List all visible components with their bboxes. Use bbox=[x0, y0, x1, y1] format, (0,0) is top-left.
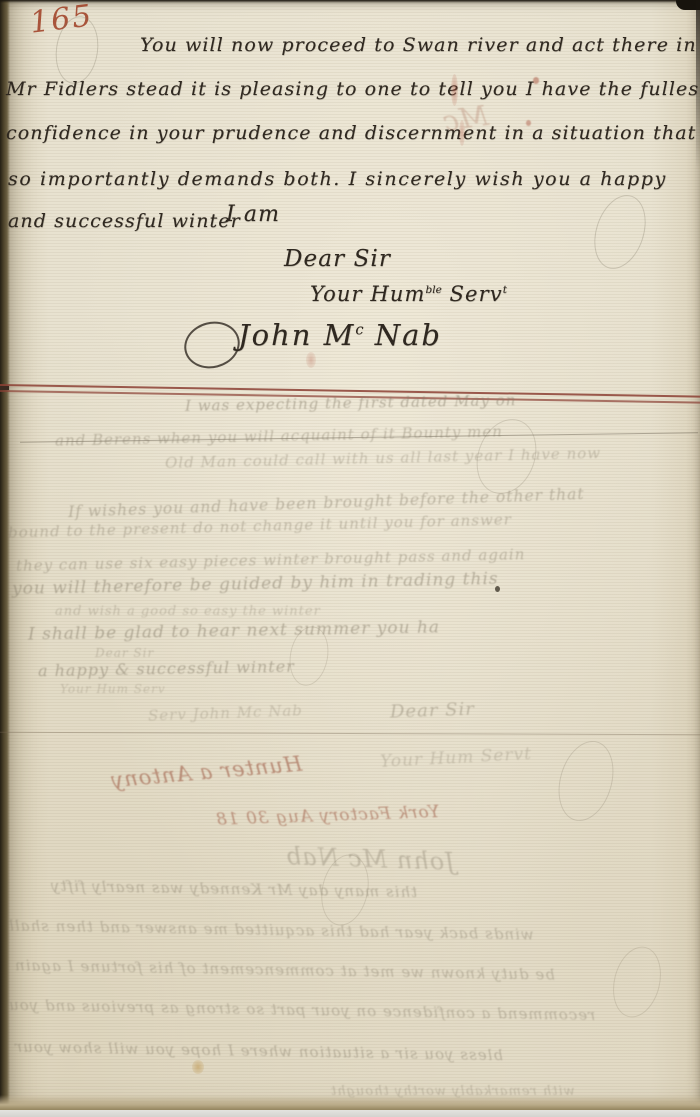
ruled-divider-left-tick bbox=[0, 386, 9, 390]
valediction-superscript-t: t bbox=[503, 284, 507, 296]
bleedthrough-line: Dear Sir bbox=[390, 699, 476, 723]
bleedthrough-red-line: York Factory Aug 30 18 bbox=[215, 802, 440, 830]
letter-line-2: Mr Fidlers stead it is pleasing to one t… bbox=[6, 78, 700, 100]
letter-line-1: You will now proceed to Swan river and a… bbox=[140, 34, 697, 56]
letter-i-am: I am bbox=[226, 202, 280, 227]
letter-line-3: confidence in your prudence and discernm… bbox=[6, 122, 696, 144]
red-ink-smudge bbox=[451, 74, 458, 106]
signature-flourish-oval bbox=[179, 316, 244, 374]
bleedthrough-line: Your Hum Serv bbox=[60, 682, 166, 696]
valediction-text: Your Hum bbox=[310, 282, 425, 306]
page-top-edge bbox=[0, 0, 700, 3]
paper-stain bbox=[192, 1060, 204, 1074]
red-ink-dot bbox=[526, 120, 531, 126]
red-ink-smudge bbox=[306, 352, 316, 368]
bleedthrough-rule-line bbox=[0, 732, 700, 735]
signature: John Mc Nab bbox=[238, 318, 442, 352]
bleedthrough-line: with remarkably worthy thought bbox=[330, 1084, 575, 1099]
red-ink-smudge bbox=[459, 120, 465, 146]
flourish-ghost bbox=[550, 734, 623, 827]
ink-speck bbox=[495, 586, 500, 592]
bleedthrough-line: Dear Sir bbox=[95, 646, 154, 660]
letter-line-4: so importantly demands both. I sincerely… bbox=[8, 168, 667, 190]
bleedthrough-line: and wish a good so easy the winter bbox=[55, 604, 321, 619]
bleedthrough-line: Serv John Mc Nab bbox=[148, 701, 303, 724]
red-ink-dot bbox=[533, 77, 539, 84]
valediction-serv: Serv bbox=[442, 282, 503, 306]
bleedthrough-line: you will therefore be guided by him in t… bbox=[12, 569, 499, 599]
bleedthrough-line: winds back year had this acquitted me an… bbox=[8, 916, 534, 943]
bleedthrough-line: Your Hum Servt bbox=[380, 744, 533, 772]
manuscript-letterbook-page: 165 You will now proceed to Swan river a… bbox=[0, 0, 700, 1117]
valediction-superscript-ble: ble bbox=[425, 284, 441, 296]
valediction: Your Humble Servt bbox=[310, 282, 507, 306]
bleedthrough-line: John Mc Nab bbox=[285, 842, 456, 876]
bleedthrough-red-line: Hunter a Antony bbox=[109, 752, 303, 793]
flourish-ghost bbox=[585, 188, 654, 275]
bleedthrough-line: be duty known we met at commencement of … bbox=[14, 956, 555, 983]
bleedthrough-line: recommend a confidence on your part so s… bbox=[8, 996, 596, 1024]
closing-salutation: Dear Sir bbox=[284, 246, 391, 272]
bleedthrough-line: bless you sir a situation where I hope y… bbox=[14, 1038, 503, 1065]
signature-john-m: John M bbox=[238, 318, 355, 352]
bleedthrough-line: I shall be glad to hear next summer you … bbox=[28, 617, 440, 644]
bleedthrough-line: and Berens when you will acquaint of it … bbox=[55, 422, 503, 449]
letter-line-5: and successful winter bbox=[8, 210, 241, 232]
signature-nab: Nab bbox=[363, 318, 441, 352]
bleedthrough-red-line: Mc bbox=[440, 99, 491, 138]
flourish-ghost bbox=[606, 942, 668, 1023]
scan-bottom-margin bbox=[0, 1110, 700, 1117]
bleedthrough-line: a happy & successful winter bbox=[38, 657, 295, 680]
